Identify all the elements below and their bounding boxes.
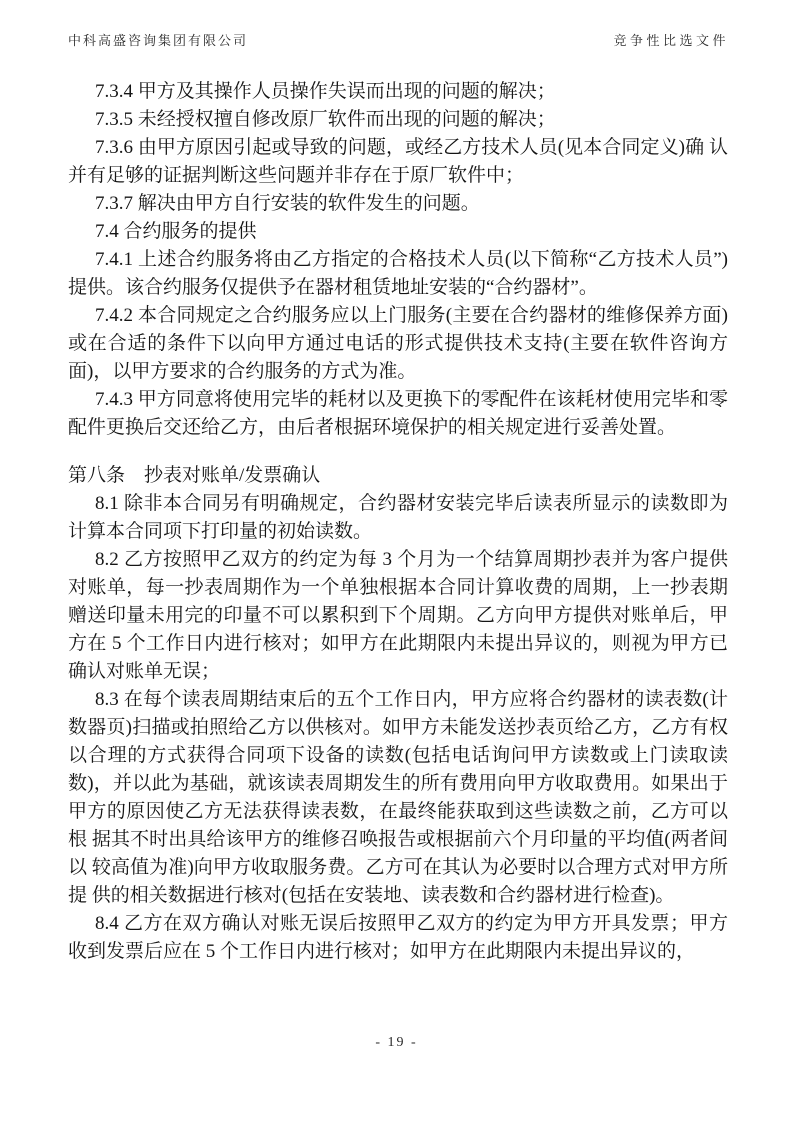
paragraph: 8.4 乙方在双方确认对账无误后按照甲乙双方的约定为甲方开具发票；甲方收到发票后… xyxy=(68,910,728,966)
page-header: 中科高盛咨询集团有限公司 竞争性比选文件 xyxy=(68,30,729,49)
paragraph: 7.4.1 上述合约服务将由乙方指定的合格技术人员(以下简称“乙方技术人员”)提… xyxy=(68,246,728,302)
paragraph: 7.4.2 本合同规定之合约服务应以上门服务(主要在合约器材的维修保养方面)或在… xyxy=(68,302,728,386)
paragraph: 8.1 除非本合同另有明确规定，合约器材安装完毕后读表所显示的读数即为 计算本合… xyxy=(68,490,728,546)
paragraph: 7.3.5 未经授权擅自修改原厂软件而出现的问题的解决； xyxy=(68,106,728,134)
paragraph: 7.3.4 甲方及其操作人员操作失误而出现的问题的解决； xyxy=(68,78,728,106)
document-page: 中科高盛咨询集团有限公司 竞争性比选文件 7.3.4 甲方及其操作人员操作失误而… xyxy=(0,0,793,1122)
paragraph: 8.2 乙方按照甲乙双方的约定为每 3 个月为一个结算周期抄表并为客户提供对账单… xyxy=(68,546,728,686)
header-document-type: 竞争性比选文件 xyxy=(613,30,729,49)
paragraph: 8.3 在每个读表周期结束后的五个工作日内，甲方应将合约器材的读表数(计数器页)… xyxy=(68,686,728,910)
paragraph: 7.4.3 甲方同意将使用完毕的耗材以及更换下的零配件在该耗材使用完毕和零配件更… xyxy=(68,386,728,442)
paragraph: 7.4 合约服务的提供 xyxy=(68,218,728,246)
page-footer: - 19 - xyxy=(0,1035,793,1051)
paragraph: 7.3.6 由甲方原因引起或导致的问题，或经乙方技术人员(见本合同定义)确 认并… xyxy=(68,134,728,190)
paragraph: 7.3.7 解决由甲方自行安装的软件发生的问题。 xyxy=(68,190,728,218)
page-number: - 19 - xyxy=(375,1035,417,1050)
section-heading: 第八条 抄表对账单/发票确认 xyxy=(68,462,728,490)
document-body: 7.3.4 甲方及其操作人员操作失误而出现的问题的解决；7.3.5 未经授权擅自… xyxy=(68,78,728,966)
header-company-name: 中科高盛咨询集团有限公司 xyxy=(68,30,248,49)
